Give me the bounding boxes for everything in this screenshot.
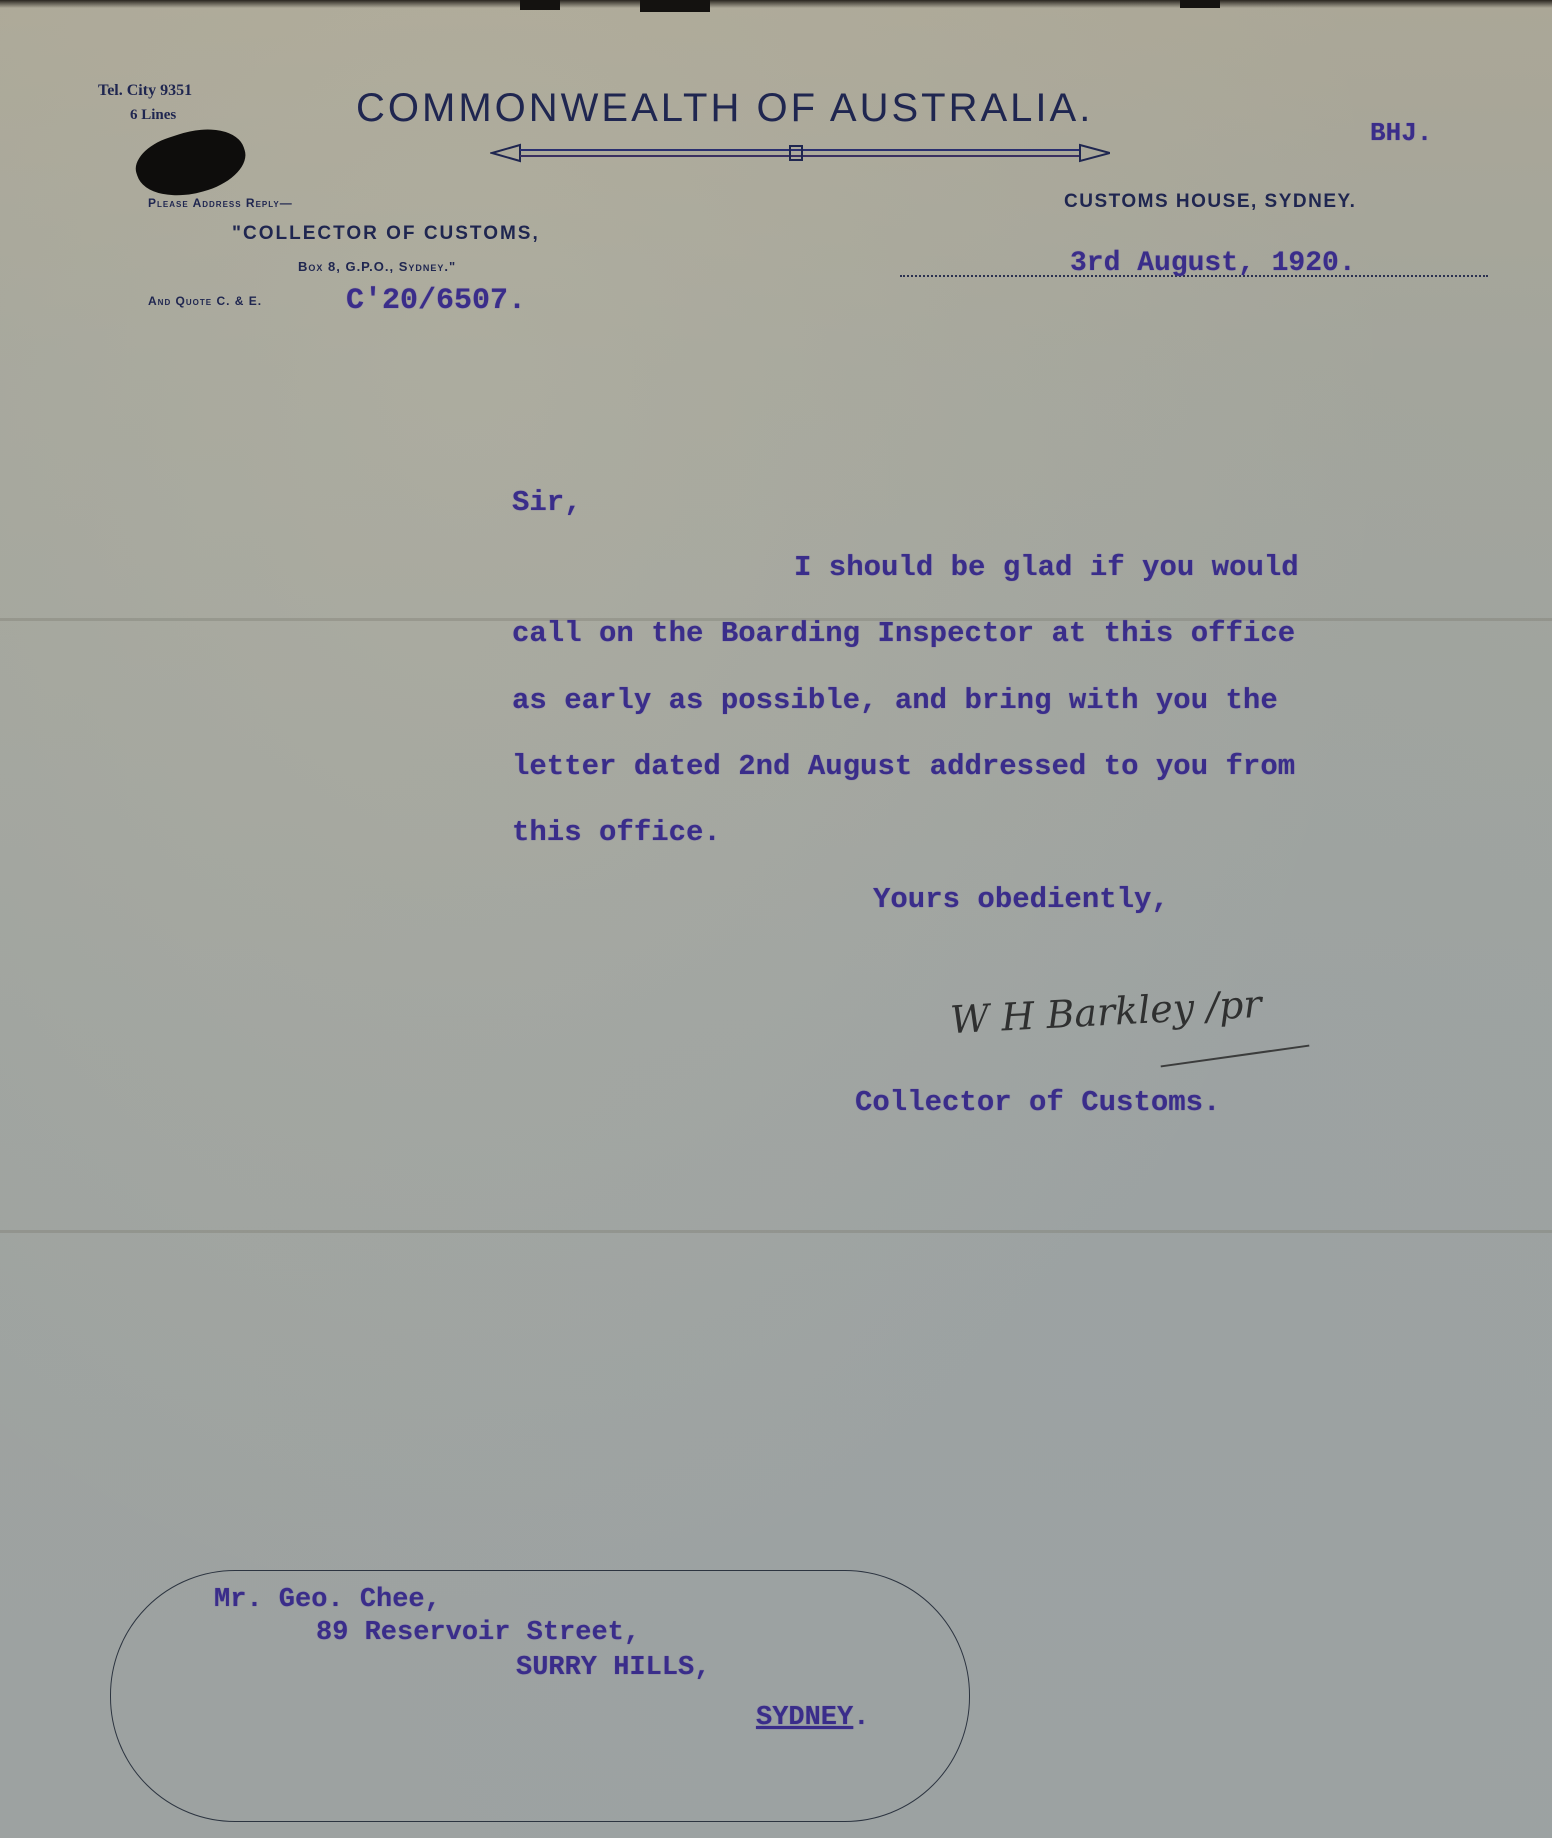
body-line: I should be glad if you would <box>794 551 1299 584</box>
signatory-title: Collector of Customs. <box>855 1086 1220 1119</box>
recipient-name: Mr. Geo. Chee, <box>214 1585 441 1615</box>
torn-edge <box>520 0 560 10</box>
signature-underline <box>1161 1045 1310 1068</box>
body-line: letter dated 2nd August addressed to you… <box>512 750 1295 783</box>
reply-address-box: Box 8, G.P.O., Sydney." <box>298 259 456 274</box>
reply-address-name: "COLLECTOR OF CUSTOMS, <box>232 223 540 245</box>
letter-paper: Tel. City 9351 6 Lines COMMONWEALTH OF A… <box>0 0 1552 1838</box>
torn-edge <box>640 0 710 12</box>
body-line: as early as possible, and bring with you… <box>512 684 1278 717</box>
torn-top-edge <box>0 0 1552 8</box>
office-address: CUSTOMS HOUSE, SYDNEY. <box>1064 191 1356 213</box>
body-line: call on the Boarding Inspector at this o… <box>512 617 1295 650</box>
handwritten-signature: W H Barkley /pr <box>949 982 1263 1042</box>
body-line: this office. <box>512 816 721 849</box>
telephone-lines: 6 Lines <box>130 107 176 124</box>
typist-initials: BHJ. <box>1370 118 1432 148</box>
ornamental-arrow-rule-icon <box>490 142 1110 164</box>
recipient-street: 89 Reservoir Street, <box>316 1618 640 1648</box>
letterhead-title: COMMONWEALTH OF AUSTRALIA. <box>356 86 1093 131</box>
recipient-suburb: SURRY HILLS, <box>516 1653 710 1683</box>
quote-label: And Quote C. & E. <box>148 294 262 308</box>
letter-date: 3rd August, 1920. <box>1070 248 1356 279</box>
file-reference-number: C'20/6507. <box>346 284 526 318</box>
torn-edge <box>1180 0 1220 8</box>
signature-name: W H Barkley <box>949 985 1195 1042</box>
recipient-city: SYDNEY. <box>756 1703 869 1733</box>
recipient-city-name: SYDNEY <box>756 1703 853 1733</box>
recipient-city-suffix: . <box>853 1703 869 1733</box>
reply-instruction: Please Address Reply— <box>148 196 293 210</box>
fold-line <box>0 1230 1552 1233</box>
salutation: Sir, <box>512 486 582 519</box>
closing: Yours obediently, <box>873 883 1169 916</box>
signature-annotation: /pr <box>1205 982 1263 1029</box>
telephone-number: Tel. City 9351 <box>98 82 192 100</box>
